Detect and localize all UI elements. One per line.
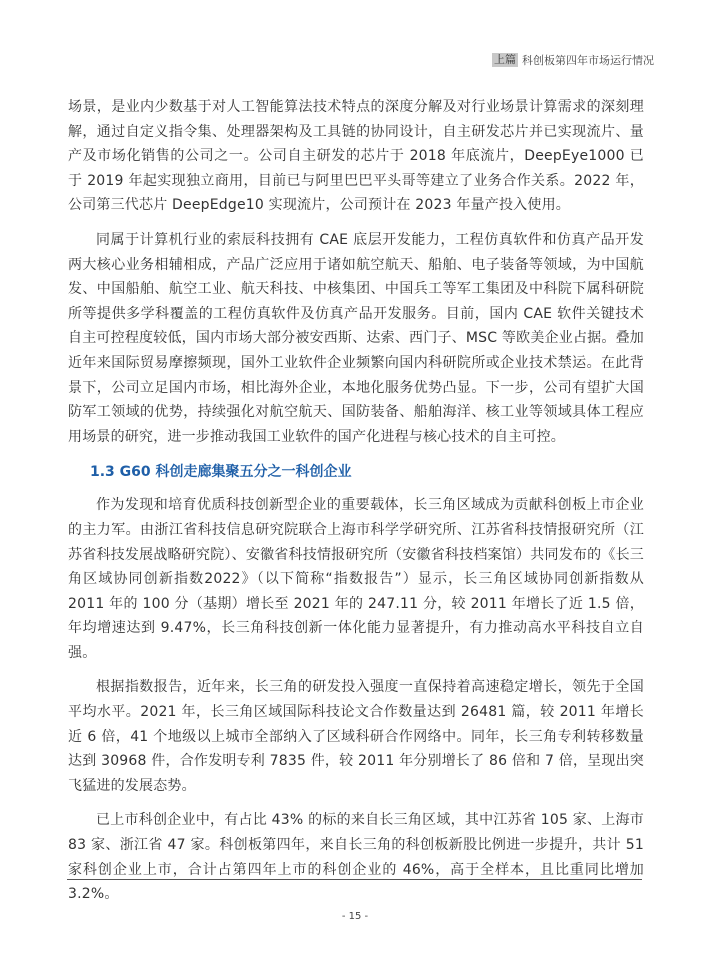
page-content: 场景，是业内少数基于对人工智能算法技术特点的深度分解及对行业场景计算需求的深刻理… (68, 95, 644, 917)
section-heading: 1.3 G60 科创走廊集聚五分之一科创企业 (68, 459, 644, 485)
paragraph-yangtze-index: 作为发现和培育优质科技创新型企业的重要载体，长三角区域成为贡献科创板上市企业的主… (68, 493, 644, 665)
paragraph-suochen: 同属于计算机行业的索辰科技拥有 CAE 底层开发能力，工程仿真软件和仿真产品开发… (68, 228, 644, 449)
paragraph-listed-companies: 已上市科创企业中，有占比 43% 的标的来自长三角区域，其中江苏省 105 家、… (68, 808, 644, 906)
paragraph-rd-investment: 根据指数报告，近年来，长三角的研发投入强度一直保持着高速稳定增长，领先于全国平均… (68, 675, 644, 798)
part-tag: 上篇 (492, 53, 518, 67)
page-number: - 15 - (0, 911, 710, 922)
running-header-title: 科创板第四年市场运行情况 (522, 52, 654, 68)
running-header: 上篇 科创板第四年市场运行情况 (492, 52, 654, 68)
footer-divider (67, 879, 642, 880)
paragraph-continuation: 场景，是业内少数基于对人工智能算法技术特点的深度分解及对行业场景计算需求的深刻理… (68, 95, 644, 218)
